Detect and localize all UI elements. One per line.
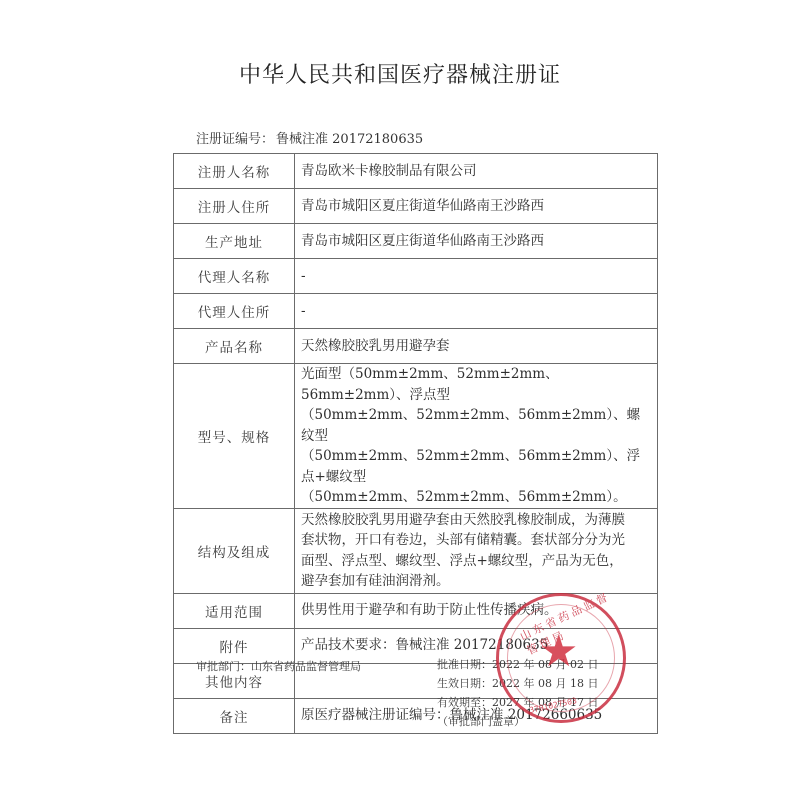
table-row-registrant-address: 注册人住所 青岛市城阳区夏庄街道华仙路南王沙路西 <box>174 189 658 224</box>
row-label: 注册人住所 <box>174 189 295 224</box>
spec-line: （50mm±2mm、52mm±2mm、56mm±2mm）、螺纹型 <box>301 405 653 446</box>
row-value: 光面型（50mm±2mm、52mm±2mm、56mm±2mm）、浮点型 （50m… <box>295 364 658 509</box>
row-label: 产品名称 <box>174 329 295 364</box>
row-label: 注册人名称 <box>174 154 295 189</box>
table-row-model-spec: 型号、规格 光面型（50mm±2mm、52mm±2mm、56mm±2mm）、浮点… <box>174 364 658 509</box>
table-row-structure: 结构及组成 天然橡胶胶乳男用避孕套由天然胶乳橡胶制成，为薄膜 套状物，开口有卷边… <box>174 508 658 593</box>
row-value: 青岛市城阳区夏庄街道华仙路南王沙路西 <box>295 189 658 224</box>
star-icon: ★ <box>539 630 578 674</box>
row-value: 天然橡胶胶乳男用避孕套 <box>295 329 658 364</box>
certificate-number: 注册证编号：鲁械注准 20172180635 <box>196 128 423 147</box>
table-row-agent-address: 代理人住所 - <box>174 294 658 329</box>
row-label: 适用范围 <box>174 593 295 628</box>
structure-line: 套状物，开口有卷边，头部有储精囊。套状部分分为光 <box>301 530 653 551</box>
structure-line: 避孕套加有硅油润滑剂。 <box>301 571 653 592</box>
row-value: 青岛市城阳区夏庄街道华仙路南王沙路西 <box>295 224 658 259</box>
certificate-number-label: 注册证编号： <box>196 132 274 147</box>
row-value: 青岛欧米卡橡胶制品有限公司 <box>295 154 658 189</box>
table-row-production-address: 生产地址 青岛市城阳区夏庄街道华仙路南王沙路西 <box>174 224 658 259</box>
certificate-number-value: 鲁械注准 20172180635 <box>276 132 423 147</box>
structure-line: 面型、浮点型、螺纹型、浮点+螺纹型，产品为无色， <box>301 551 653 572</box>
row-value: - <box>295 294 658 329</box>
row-value: - <box>295 259 658 294</box>
table-row-agent-name: 代理人名称 - <box>174 259 658 294</box>
row-label: 代理人名称 <box>174 259 295 294</box>
spec-line: （50mm±2mm、52mm±2mm、56mm±2mm）、浮点+螺纹型 <box>301 446 653 487</box>
row-label: 备注 <box>174 698 295 733</box>
approval-department: 审批部门：山东省药品监督管理局 <box>196 658 361 674</box>
spec-line: 光面型（50mm±2mm、52mm±2mm、56mm±2mm）、浮点型 <box>301 364 653 405</box>
table-row-product-name: 产品名称 天然橡胶胶乳男用避孕套 <box>174 329 658 364</box>
official-seal: 山东省药品监督管理局 ★ 3701027503 <box>496 593 626 723</box>
document-title: 中华人民共和国医疗器械注册证 <box>0 58 800 89</box>
row-label: 型号、规格 <box>174 364 295 509</box>
row-label: 结构及组成 <box>174 508 295 593</box>
structure-line: 天然橡胶胶乳男用避孕套由天然胶乳橡胶制成，为薄膜 <box>301 510 653 531</box>
spec-line: （50mm±2mm、52mm±2mm、56mm±2mm）。 <box>301 487 653 508</box>
row-label: 生产地址 <box>174 224 295 259</box>
row-value: 天然橡胶胶乳男用避孕套由天然胶乳橡胶制成，为薄膜 套状物，开口有卷边，头部有储精… <box>295 508 658 593</box>
row-label: 代理人住所 <box>174 294 295 329</box>
table-row-registrant-name: 注册人名称 青岛欧米卡橡胶制品有限公司 <box>174 154 658 189</box>
